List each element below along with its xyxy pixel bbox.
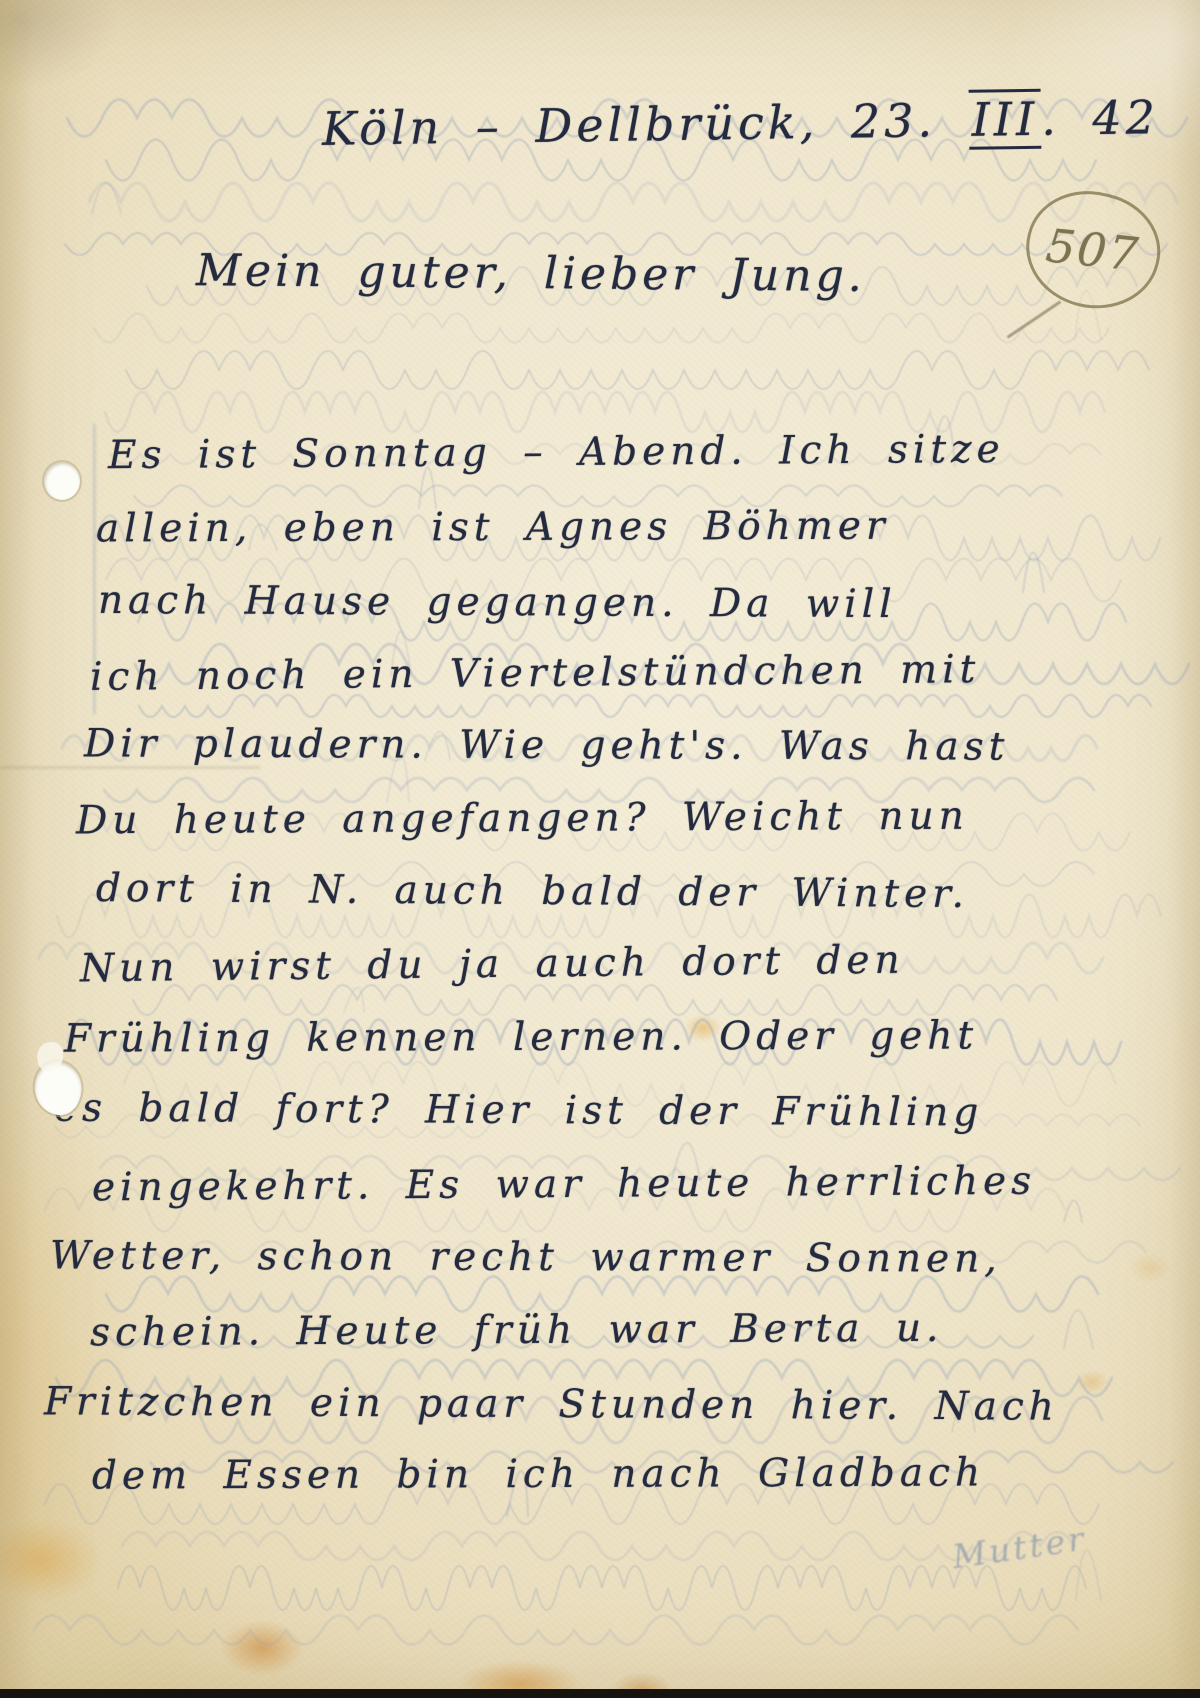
letter-salutation: Mein guter, lieber Jung. — [196, 245, 866, 302]
letter-line: allein, eben ist Agnes Böhmer — [96, 504, 890, 552]
letter-page: Köln – Dellbrück, 23. III. 42 507 Mein g… — [0, 0, 1200, 1698]
letter-line: Wetter, schon recht warmer Sonnen, — [50, 1233, 1002, 1281]
hole-punch-top — [44, 462, 80, 500]
dateline-day: 23. — [851, 93, 937, 148]
letter-line: Du heute angefangen? Weicht nun — [76, 794, 969, 844]
archive-number: 507 — [1044, 218, 1143, 282]
letter-line: nach Hause gegangen. Da will — [98, 578, 897, 627]
letter-line: dort in N. auch bald der Winter. — [96, 866, 969, 917]
letter-line: Frühling kennen lernen. Oder geht — [64, 1013, 978, 1061]
pencil-stroke — [1007, 300, 1062, 338]
dateline-month-roman: III — [968, 89, 1041, 150]
bleed-through-word: Mutter — [950, 1519, 1089, 1576]
letter-dateline: Köln – Dellbrück, 23. III. 42 — [322, 90, 1160, 156]
letter-line: eingekehrt. Es war heute herrliches — [92, 1159, 1036, 1211]
letter-line: dem Essen bin ich nach Gladbach — [92, 1450, 985, 1498]
dateline-year: . 42 — [1041, 90, 1160, 146]
letter-line: Fritzchen ein paar Stunden hier. Nach — [44, 1379, 1059, 1429]
letter-line: Dir plaudern. Wie geht's. Was hast — [84, 721, 1009, 769]
letter-line: es bald fort? Hier ist der Frühling — [54, 1086, 984, 1136]
letter-line: Nun wirst du ja auch dort den — [80, 938, 905, 992]
letter-line: schein. Heute früh war Berta u. — [90, 1306, 944, 1355]
letter-line: Es ist Sonntag – Abend. Ich sitze — [108, 427, 1005, 478]
archive-number-circle: 507 — [1014, 178, 1172, 323]
scan-bottom-edge — [0, 1689, 1200, 1698]
letter-line: ich noch ein Viertelstündchen mit — [90, 647, 981, 700]
dateline-place: Köln – Dellbrück, — [322, 95, 819, 156]
